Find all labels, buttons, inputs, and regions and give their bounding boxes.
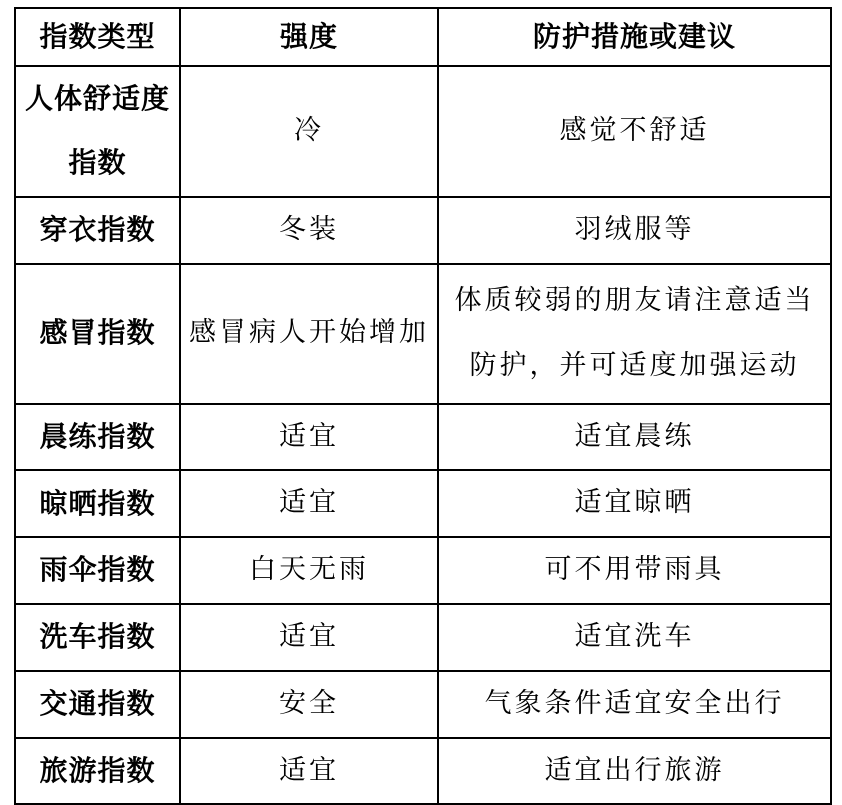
header-index-type: 指数类型 — [15, 8, 180, 66]
table-header-row: 指数类型 强度 防护措施或建议 — [15, 8, 831, 66]
table-row: 人体舒适度指数 冷 感觉不舒适 — [15, 66, 831, 197]
index-type-cell: 交通指数 — [15, 671, 180, 738]
advice-cell: 羽绒服等 — [438, 197, 831, 264]
table-row: 交通指数 安全 气象条件适宜安全出行 — [15, 671, 831, 738]
index-type-cell: 旅游指数 — [15, 738, 180, 805]
table-row: 晾晒指数 适宜 适宜晾晒 — [15, 470, 831, 537]
advice-cell: 可不用带雨具 — [438, 537, 831, 604]
strength-cell: 感冒病人开始增加 — [180, 264, 438, 404]
index-type-cell: 穿衣指数 — [15, 197, 180, 264]
advice-cell: 体质较弱的朋友请注意适当防护，并可适度加强运动 — [438, 264, 831, 404]
weather-index-table-container: 指数类型 强度 防护措施或建议 人体舒适度指数 冷 感觉不舒适 穿衣指数 冬装 … — [14, 7, 832, 805]
index-type-cell: 洗车指数 — [15, 604, 180, 671]
advice-cell: 适宜出行旅游 — [438, 738, 831, 805]
strength-cell: 安全 — [180, 671, 438, 738]
index-type-cell: 晨练指数 — [15, 404, 180, 471]
advice-cell: 气象条件适宜安全出行 — [438, 671, 831, 738]
advice-cell: 适宜晾晒 — [438, 470, 831, 537]
header-strength: 强度 — [180, 8, 438, 66]
header-advice: 防护措施或建议 — [438, 8, 831, 66]
index-type-cell: 晾晒指数 — [15, 470, 180, 537]
index-type-cell: 雨伞指数 — [15, 537, 180, 604]
advice-cell: 适宜洗车 — [438, 604, 831, 671]
advice-cell: 适宜晨练 — [438, 404, 831, 471]
table-row: 洗车指数 适宜 适宜洗车 — [15, 604, 831, 671]
index-type-cell: 感冒指数 — [15, 264, 180, 404]
strength-cell: 适宜 — [180, 404, 438, 471]
strength-cell: 白天无雨 — [180, 537, 438, 604]
strength-cell: 适宜 — [180, 470, 438, 537]
strength-cell: 冬装 — [180, 197, 438, 264]
table-row: 雨伞指数 白天无雨 可不用带雨具 — [15, 537, 831, 604]
strength-cell: 冷 — [180, 66, 438, 197]
advice-cell: 感觉不舒适 — [438, 66, 831, 197]
table-row: 旅游指数 适宜 适宜出行旅游 — [15, 738, 831, 805]
table-row: 穿衣指数 冬装 羽绒服等 — [15, 197, 831, 264]
table-row: 晨练指数 适宜 适宜晨练 — [15, 404, 831, 471]
strength-cell: 适宜 — [180, 738, 438, 805]
strength-cell: 适宜 — [180, 604, 438, 671]
weather-index-table: 指数类型 强度 防护措施或建议 人体舒适度指数 冷 感觉不舒适 穿衣指数 冬装 … — [14, 7, 832, 805]
table-row: 感冒指数 感冒病人开始增加 体质较弱的朋友请注意适当防护，并可适度加强运动 — [15, 264, 831, 404]
index-type-cell: 人体舒适度指数 — [15, 66, 180, 197]
